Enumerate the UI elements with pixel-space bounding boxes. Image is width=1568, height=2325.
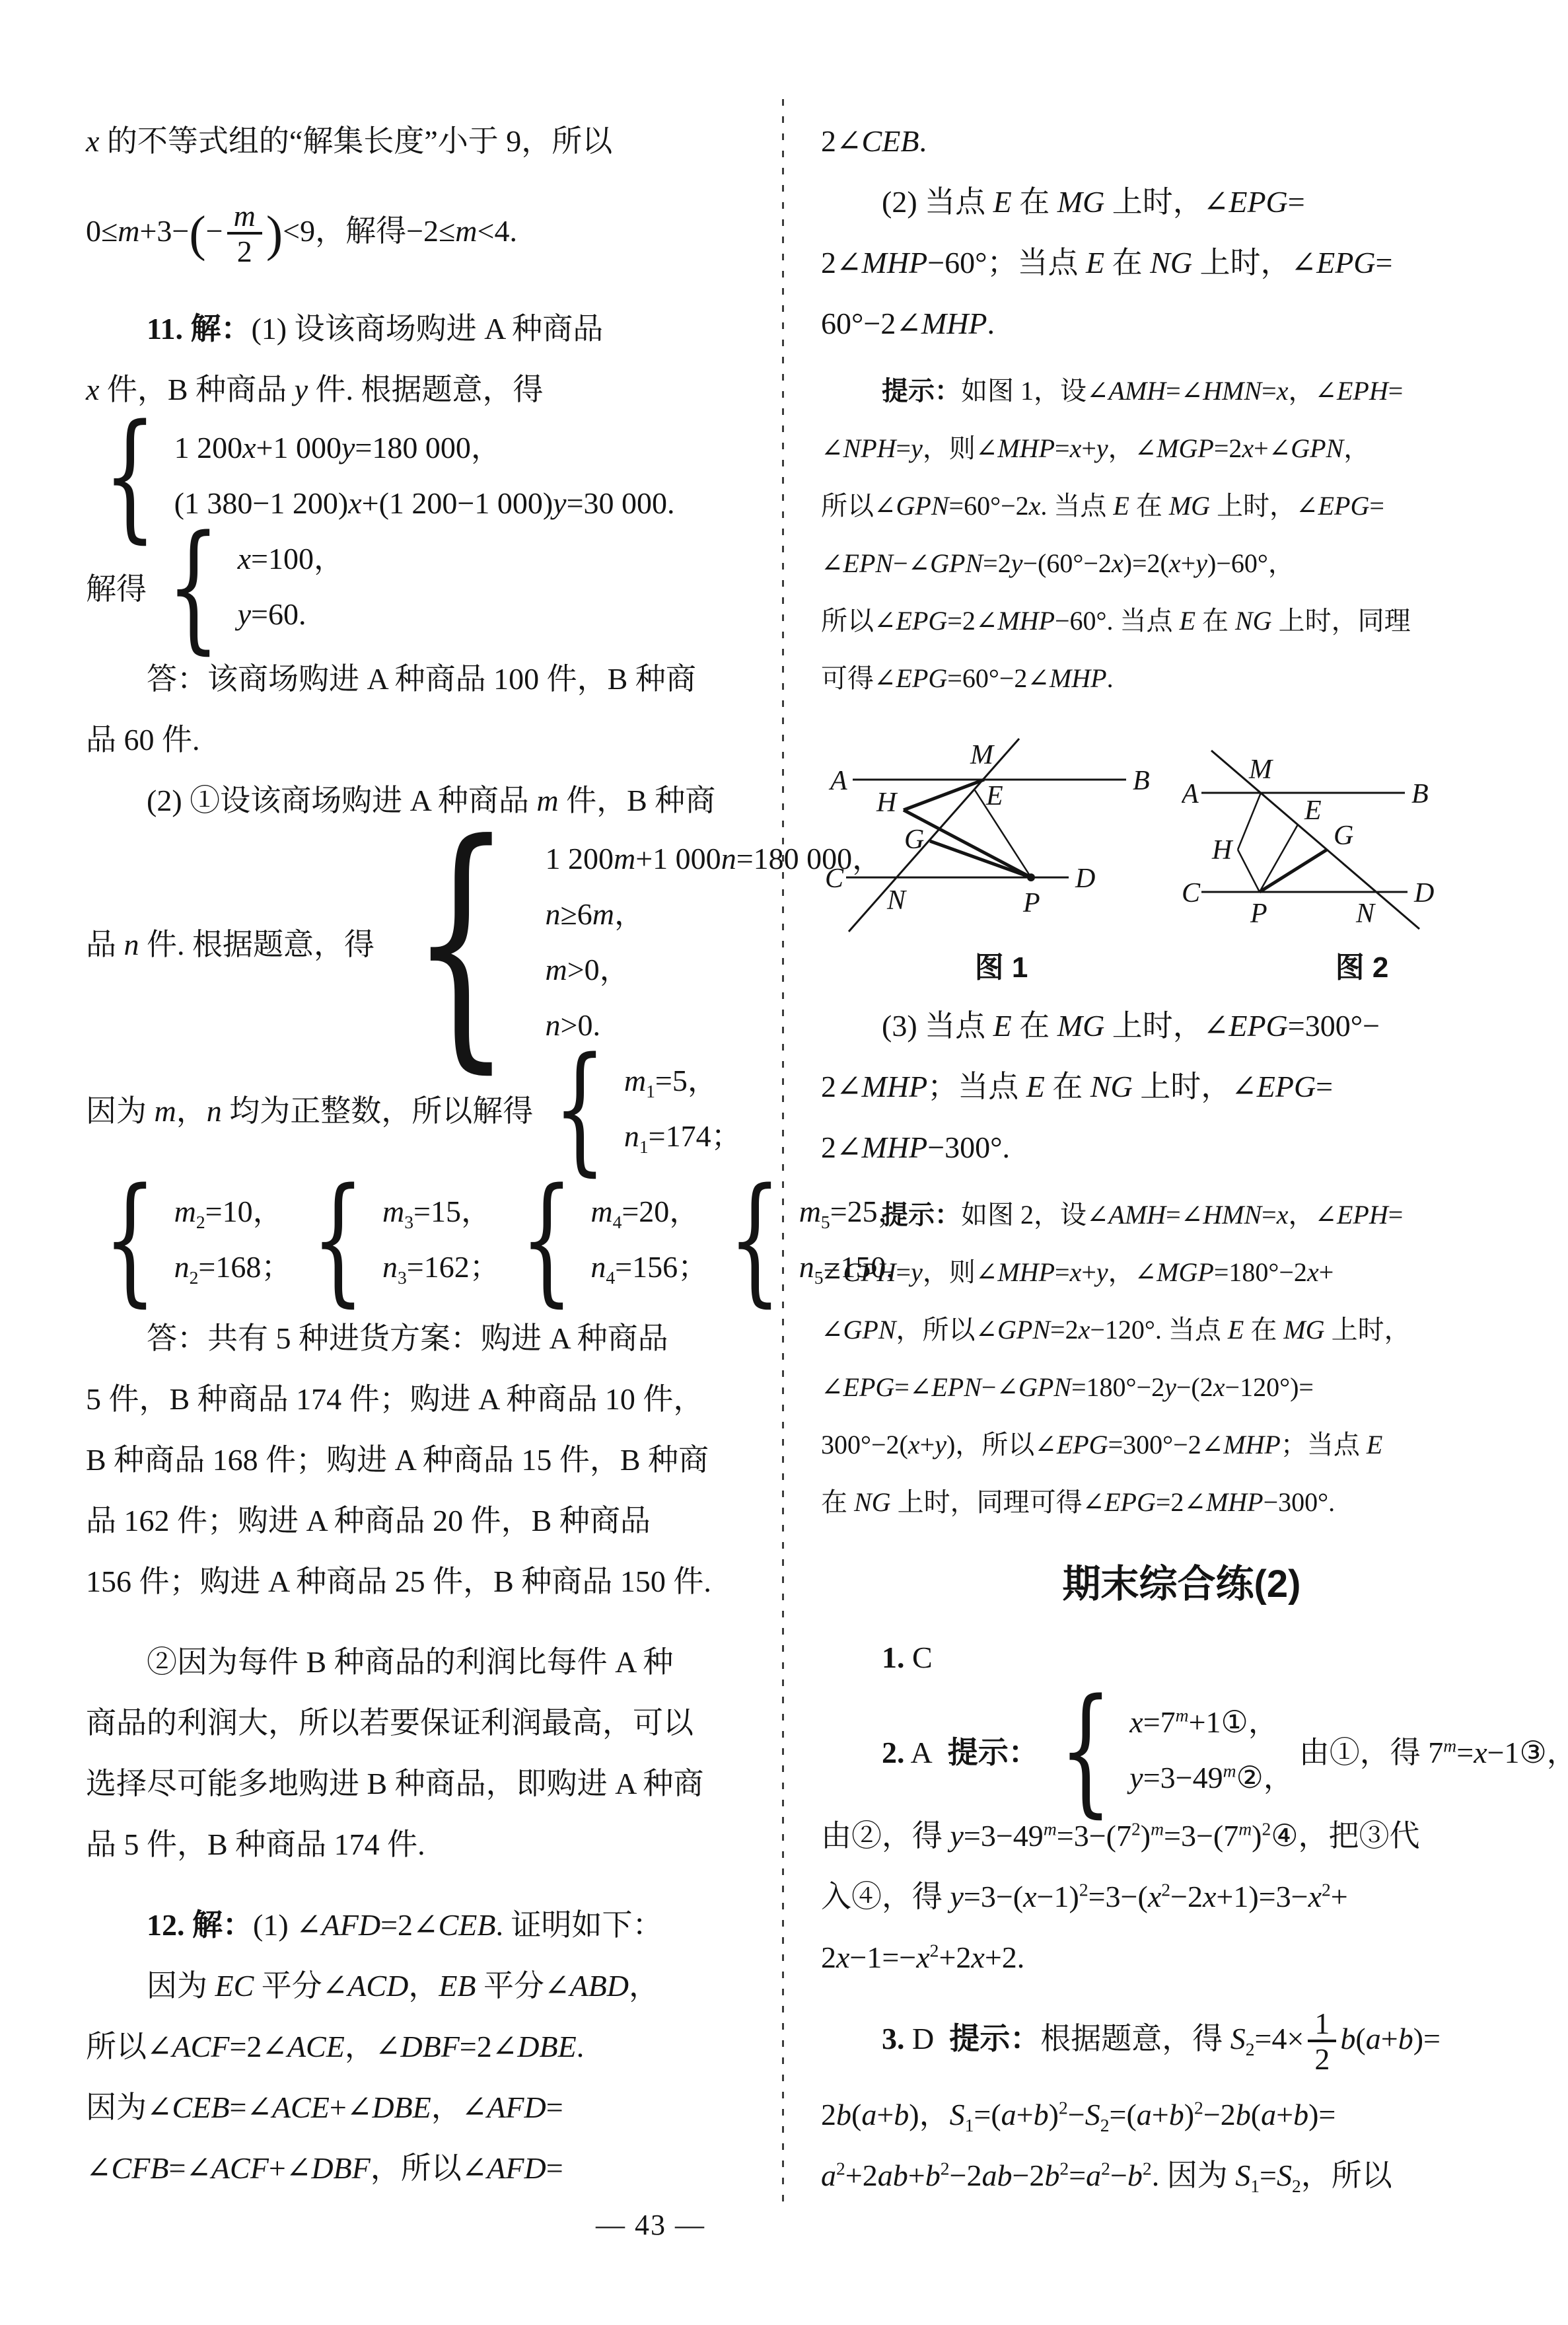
hint-1: 提示：如图 1，设∠AMH=∠HMN=x，∠EPH= ∠NPH=y，则∠MHP=…	[821, 362, 1542, 707]
hint-line: 所以∠EPG=2∠MHP−60°. 当点 E 在 NG 上时，同理	[821, 592, 1542, 649]
continuation-line: 2∠CEB.	[821, 111, 1542, 172]
system-row: m1=5，	[624, 1053, 742, 1109]
fig2-label-H: H	[1211, 835, 1234, 866]
problem-11-start: 11. 解：(1) 设该商场购进 A 种商品	[86, 299, 752, 359]
system-label: 品 n 件. 根据题意，得	[86, 920, 374, 964]
fig1-label-D: D	[1075, 864, 1095, 894]
fig1-segment-MH	[904, 780, 984, 810]
answer-line: 品 60 件.	[86, 710, 752, 770]
figure-2: A B M E G H C D P N 图 2	[1182, 719, 1542, 986]
text-line: 由②，得 y=3−49m=3−(72)m=3−(7m)2④，把③代	[821, 1806, 1542, 1866]
hint-line: 所以∠GPN=60°−2x. 当点 E 在 MG 上时，∠EPG=	[821, 477, 1542, 535]
fig1-label-C: C	[825, 864, 844, 894]
fig1-label-P: P	[1022, 888, 1040, 918]
fig1-segment-GP	[930, 841, 1031, 877]
fig2-label-B: B	[1411, 779, 1429, 809]
brace: {	[553, 1053, 606, 1164]
fig2-segment-MH	[1238, 793, 1261, 850]
fig1-label-A: A	[828, 766, 847, 796]
brace: {	[104, 420, 157, 531]
fig2-label-C: C	[1182, 878, 1201, 908]
text-line: ∠CFB=∠ACF+∠DBF，所以∠AFD=	[86, 2138, 752, 2199]
text-line: 2∠MHP；当点 E 在 NG 上时，∠EPG=	[821, 1056, 1542, 1117]
brace: {	[167, 531, 220, 642]
answer-line: 品 162 件；购进 A 种商品 20 件，B 种商品	[86, 1491, 752, 1551]
fig2-label-A: A	[1182, 779, 1199, 809]
system-row: n2=168；	[174, 1239, 292, 1295]
fig2-label-N: N	[1355, 899, 1376, 929]
hint-line: 可得∠EPG=60°−2∠MHP.	[821, 649, 1542, 707]
text-line: (3) 当点 E 在 MG 上时，∠EPG=300°−	[821, 996, 1542, 1056]
solve-label: 解得	[86, 565, 147, 609]
fig2-segment-HP	[1238, 850, 1260, 892]
answer-3-first-line: 3. D 提示：根据题意，得 S2=4×12b(a+b)=	[821, 1999, 1542, 2085]
solution-pair-1: { m2=10， n2=168；	[86, 1184, 291, 1295]
text-line: 2x−1=−x2+2x+2.	[821, 1927, 1542, 1988]
fig1-label-N: N	[886, 885, 907, 916]
equation-system-2: 品 n 件. 根据题意，得 { 1 200m+1 000n=180 000， n…	[86, 831, 752, 1053]
brace: {	[104, 1184, 157, 1295]
text-line: a2+2ab+b2−2ab−2b2=a2−b2. 因为 S1=S2，所以	[821, 2145, 1542, 2206]
fig2-label-G: G	[1334, 821, 1353, 851]
system-row: n1=174；	[624, 1109, 742, 1164]
system-row: (1 380−1 200)x+(1 200−1 000)y=30 000.	[174, 476, 675, 531]
fig2-label-D: D	[1413, 878, 1434, 908]
figure-2-drawing: A B M E G H C D P N	[1182, 719, 1542, 947]
solution-pair-3: { m4=20， n4=156；	[503, 1184, 708, 1295]
brace: {	[312, 1184, 365, 1295]
hint-line: 在 NG 上时，同理可得∠EPG=2∠MHP−300°.	[821, 1473, 1542, 1531]
text-line: x 的不等式组的“解集长度”小于 9，所以	[86, 111, 752, 172]
hint-line: ∠NPH=y，则∠MHP=x+y，∠MGP=2x+∠GPN，	[821, 420, 1542, 477]
fig2-label-P: P	[1250, 899, 1267, 929]
fig1-transversal	[849, 739, 1019, 932]
system-row: m3=15，	[382, 1184, 500, 1239]
text-line: 入④，得 y=3−(x−1)2=3−(x2−2x+1)=3−x2+	[821, 1866, 1542, 1927]
fig1-label-M: M	[970, 740, 995, 770]
text-line: 60°−2∠MHP.	[821, 293, 1542, 354]
hint-line: ∠GPN，所以∠GPN=2x−120°. 当点 E 在 MG 上时，	[821, 1301, 1542, 1358]
text-line: 商品的利润大，所以若要保证利润最高，可以	[86, 1693, 752, 1753]
answer-3-text: 3. D 提示：根据题意，得 S2=4×12b(a+b)=	[821, 2008, 1441, 2076]
answer-2-block: 2. A 提示： { x=7m+1①， y=3−49m②， 由①，得 7m=x−…	[821, 1695, 1542, 1806]
page-number: — 43 —	[0, 2208, 1301, 2242]
figure-1-caption: 图 1	[821, 949, 1182, 986]
left-column: x 的不等式组的“解集长度”小于 9，所以 0≤m+3−(−m2)<9，解得−2…	[86, 111, 752, 2199]
text-line: (2) 当点 E 在 MG 上时，∠EPG=	[821, 172, 1542, 233]
hint-line: 300°−2(x+y)，所以∠EPG=300°−2∠MHP；当点 E	[821, 1416, 1542, 1473]
fig1-label-B: B	[1133, 766, 1150, 796]
text-line: 2b(a+b)，S1=(a+b)2−S2=(a+b)2−2b(a+b)=	[821, 2085, 1542, 2145]
system-row: n3=162；	[382, 1239, 500, 1295]
hint-line: ∠EPG=∠EPN−∠GPN=180°−2y−(2x−120°)=	[821, 1358, 1542, 1416]
answer-key-page: x 的不等式组的“解集长度”小于 9，所以 0≤m+3−(−m2)<9，解得−2…	[0, 0, 1568, 2325]
text-line: 品 5 件，B 种商品 174 件.	[86, 1814, 752, 1875]
answer-line: 156 件；购进 A 种商品 25 件，B 种商品 150 件.	[86, 1551, 752, 1612]
text-line: 因为 EC 平分∠ACD，EB 平分∠ABD，	[86, 1956, 752, 2016]
answer-line: B 种商品 168 件；购进 A 种商品 15 件，B 种商	[86, 1430, 752, 1491]
fig2-label-M: M	[1248, 755, 1273, 785]
inequality-equation: 0≤m+3−(−m2)<9，解得−2≤m<4.	[86, 176, 752, 292]
answer-1: 1. C	[821, 1627, 1542, 1688]
answer-2-following: 由①，得 7m=x−1③，	[1299, 1728, 1568, 1772]
right-column: 2∠CEB. (2) 当点 E 在 MG 上时，∠EPG= 2∠MHP−60°；…	[821, 111, 1542, 2206]
system-row: m2=10，	[174, 1184, 292, 1239]
brace: {	[1059, 1695, 1112, 1806]
equation-text: 0≤m+3−(−m2)<9，解得−2≤m<4.	[86, 200, 517, 268]
fig2-segment-PG	[1260, 850, 1327, 892]
answer-2-system: { x=7m+1①， y=3−49m②，	[1042, 1695, 1294, 1806]
system-row: x=7m+1①，	[1129, 1695, 1294, 1750]
system-row: m4=20，	[590, 1184, 708, 1239]
solution-groups: { m2=10， n2=168； { m3=15， n3=162； { m4=2…	[86, 1184, 752, 1295]
answer-line: 5 件，B 种商品 174 件；购进 A 种商品 10 件，	[86, 1369, 752, 1430]
hint-line: ∠EPN−∠GPN=2y−(60°−2x)=2(x+y)−60°，	[821, 535, 1542, 592]
system-row: y=60.	[238, 587, 344, 642]
text-line: 2∠MHP−60°；当点 E 在 NG 上时，∠EPG=	[821, 233, 1542, 293]
figure-1-drawing: A B M E H G C N P D	[821, 719, 1182, 947]
brace: {	[729, 1184, 781, 1295]
figures-row: A B M E H G C N P D 图 1	[821, 719, 1542, 986]
answer-2-label: 2. A 提示：	[821, 1728, 1039, 1772]
text-line: 选择尽可能多地购进 B 种商品，即购进 A 种商	[86, 1753, 752, 1814]
fig1-label-H: H	[876, 788, 898, 818]
answer-line: 答：共有 5 种进货方案：购进 A 种商品	[86, 1308, 752, 1369]
solution-pair-2: { m3=15， n3=162；	[294, 1184, 499, 1295]
figure-1: A B M E H G C N P D 图 1	[821, 719, 1182, 986]
system-row: x=100，	[238, 531, 344, 587]
text-line: ②因为每件 B 种商品的利润比每件 A 种	[86, 1632, 752, 1693]
fig1-point-P-dot	[1027, 873, 1035, 881]
system-row: n4=156；	[590, 1239, 708, 1295]
fig2-label-E: E	[1304, 795, 1322, 826]
text-line: 所以∠ACF=2∠ACE，∠DBF=2∠DBE.	[86, 2016, 752, 2077]
fig1-label-E: E	[985, 781, 1003, 811]
solve-system: 解得 { x=100， y=60.	[86, 531, 752, 642]
problem-12-start: 12. 解：(1) ∠AFD=2∠CEB. 证明如下：	[86, 1895, 752, 1956]
hint-line: ∠CPH=y，则∠MHP=x+y，∠MGP=180°−2x+	[821, 1243, 1542, 1301]
fig1-label-G: G	[904, 825, 924, 855]
text-line: x 件，B 种商品 y 件. 根据题意，得	[86, 359, 752, 420]
hint-2: 提示：如图 2，设∠AMH=∠HMN=x，∠EPH= ∠CPH=y，则∠MHP=…	[821, 1186, 1542, 1531]
column-divider	[782, 99, 784, 2203]
text-line: 因为∠CEB=∠ACE+∠DBE，∠AFD=	[86, 2077, 752, 2138]
system-row: 1 200x+1 000y=180 000，	[174, 420, 675, 476]
system-row: y=3−49m②，	[1129, 1750, 1294, 1806]
figure-2-caption: 图 2	[1182, 949, 1542, 986]
section-title: 期末综合练(2)	[821, 1560, 1542, 1609]
hint-line: 提示：如图 2，设∠AMH=∠HMN=x，∠EPH=	[821, 1186, 1542, 1243]
text-line: 2∠MHP−300°.	[821, 1117, 1542, 1178]
brace: {	[520, 1184, 573, 1295]
hint-line: 提示：如图 1，设∠AMH=∠HMN=x，∠EPH=	[821, 362, 1542, 420]
brace: {	[411, 836, 512, 1048]
